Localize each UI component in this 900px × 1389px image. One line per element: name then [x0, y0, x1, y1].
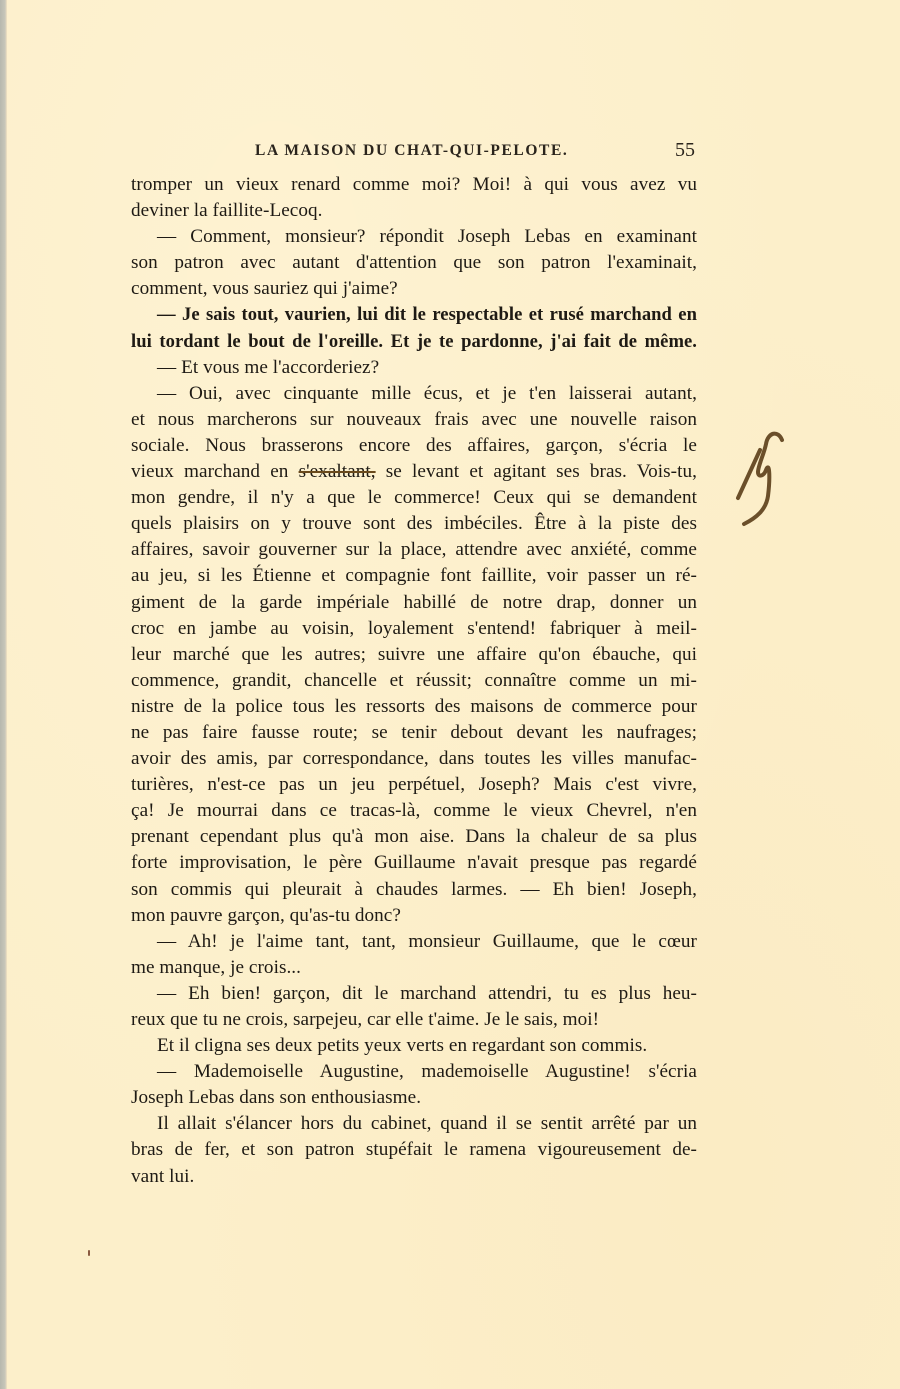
text-line: — Mademoiselle Augustine, mademoiselle A… [131, 1059, 697, 1085]
handwritten-number-icon [730, 420, 790, 530]
text-line: tromper un vieux renard comme moi? Moi! … [131, 172, 697, 198]
text-line: croc en jambe au voisin, loyalement s'en… [131, 616, 697, 642]
text-line: turières, n'est-ce pas un jeu perpétuel,… [131, 772, 697, 798]
text-line: quels plaisirs on y trouve sont des imbé… [131, 511, 697, 537]
text-line: sociale. Nous brasserons encore des affa… [131, 433, 697, 459]
page-number: 55 [675, 139, 695, 162]
text-line: vant lui. [131, 1164, 697, 1190]
text-line: nistre de la police tous les ressorts de… [131, 694, 697, 720]
running-title: LA MAISON DU CHAT-QUI-PELOTE. [255, 142, 568, 160]
text-line: reux que tu ne crois, sarpejeu, car elle… [131, 1007, 697, 1033]
body-text: tromper un vieux renard comme moi? Moi! … [131, 172, 697, 1190]
text-line: Joseph Lebas dans son enthousiasme. [131, 1085, 697, 1111]
text-line: giment de la garde impériale habillé de … [131, 590, 697, 616]
text-line: commence, grandit, chancelle et réussit;… [131, 668, 697, 694]
text-line: mon pauvre garçon, qu'as-tu donc? [131, 903, 697, 929]
text-line: ne pas faire fausse route; se tenir debo… [131, 720, 697, 746]
text-line: Il allait s'élancer hors du cabinet, qua… [131, 1111, 697, 1137]
text-line: — Eh bien! garçon, dit le marchand atten… [131, 981, 697, 1007]
text-line: Et il cligna ses deux petits yeux verts … [131, 1033, 697, 1059]
text-line: mon gendre, il n'y a que le commerce! Ce… [131, 485, 697, 511]
text-line: deviner la faillite-Lecoq. [131, 198, 697, 224]
text-line: au jeu, si les Étienne et compagnie font… [131, 563, 697, 589]
text-line: — Comment, monsieur? répondit Joseph Leb… [131, 224, 697, 250]
scan-edge [0, 0, 7, 1389]
text-line: prenant cependant plus qu'à mon aise. Da… [131, 824, 697, 850]
text-fragment: se levant et agitant ses bras. Vois-tu, [386, 461, 697, 482]
text-line: me manque, je crois... [131, 955, 697, 981]
text-line: bras de fer, et son patron stupéfait le … [131, 1137, 697, 1163]
text-line: — Et vous me l'accorderiez? [131, 355, 697, 381]
handwritten-annotation-18 [730, 420, 790, 530]
text-line: son patron avec autant d'attention que s… [131, 250, 697, 276]
text-line: leur marché que les autres; suivre une a… [131, 642, 697, 668]
running-head: LA MAISON DU CHAT-QUI-PELOTE. 55 [255, 142, 695, 166]
paper-speck [88, 1250, 90, 1256]
text-line: ça! Je mourrai dans ce tracas-là, comme … [131, 798, 697, 824]
text-line: lui tordant le bout de l'oreille. Et je … [131, 329, 697, 355]
text-line: — Je sais tout, vaurien, lui dit le resp… [131, 302, 697, 328]
text-line: son commis qui pleurait à chaudes larmes… [131, 877, 697, 903]
text-line: affaires, savoir gouverner sur la place,… [131, 537, 697, 563]
text-line: — Ah! je l'aime tant, tant, monsieur Gui… [131, 929, 697, 955]
text-line: et nous marcherons sur nouveaux frais av… [131, 407, 697, 433]
text-line: comment, vous sauriez qui j'aime? [131, 276, 697, 302]
text-fragment: vieux marchand en [131, 461, 288, 482]
struck-word: s'exaltant, [299, 461, 376, 482]
text-line: forte improvisation, le père Guillaume n… [131, 850, 697, 876]
text-line: vieux marchand en s'exaltant, se levant … [131, 459, 697, 485]
text-line: avoir des amis, par correspondance, dans… [131, 746, 697, 772]
text-line: — Oui, avec cinquante mille écus, et je … [131, 381, 697, 407]
